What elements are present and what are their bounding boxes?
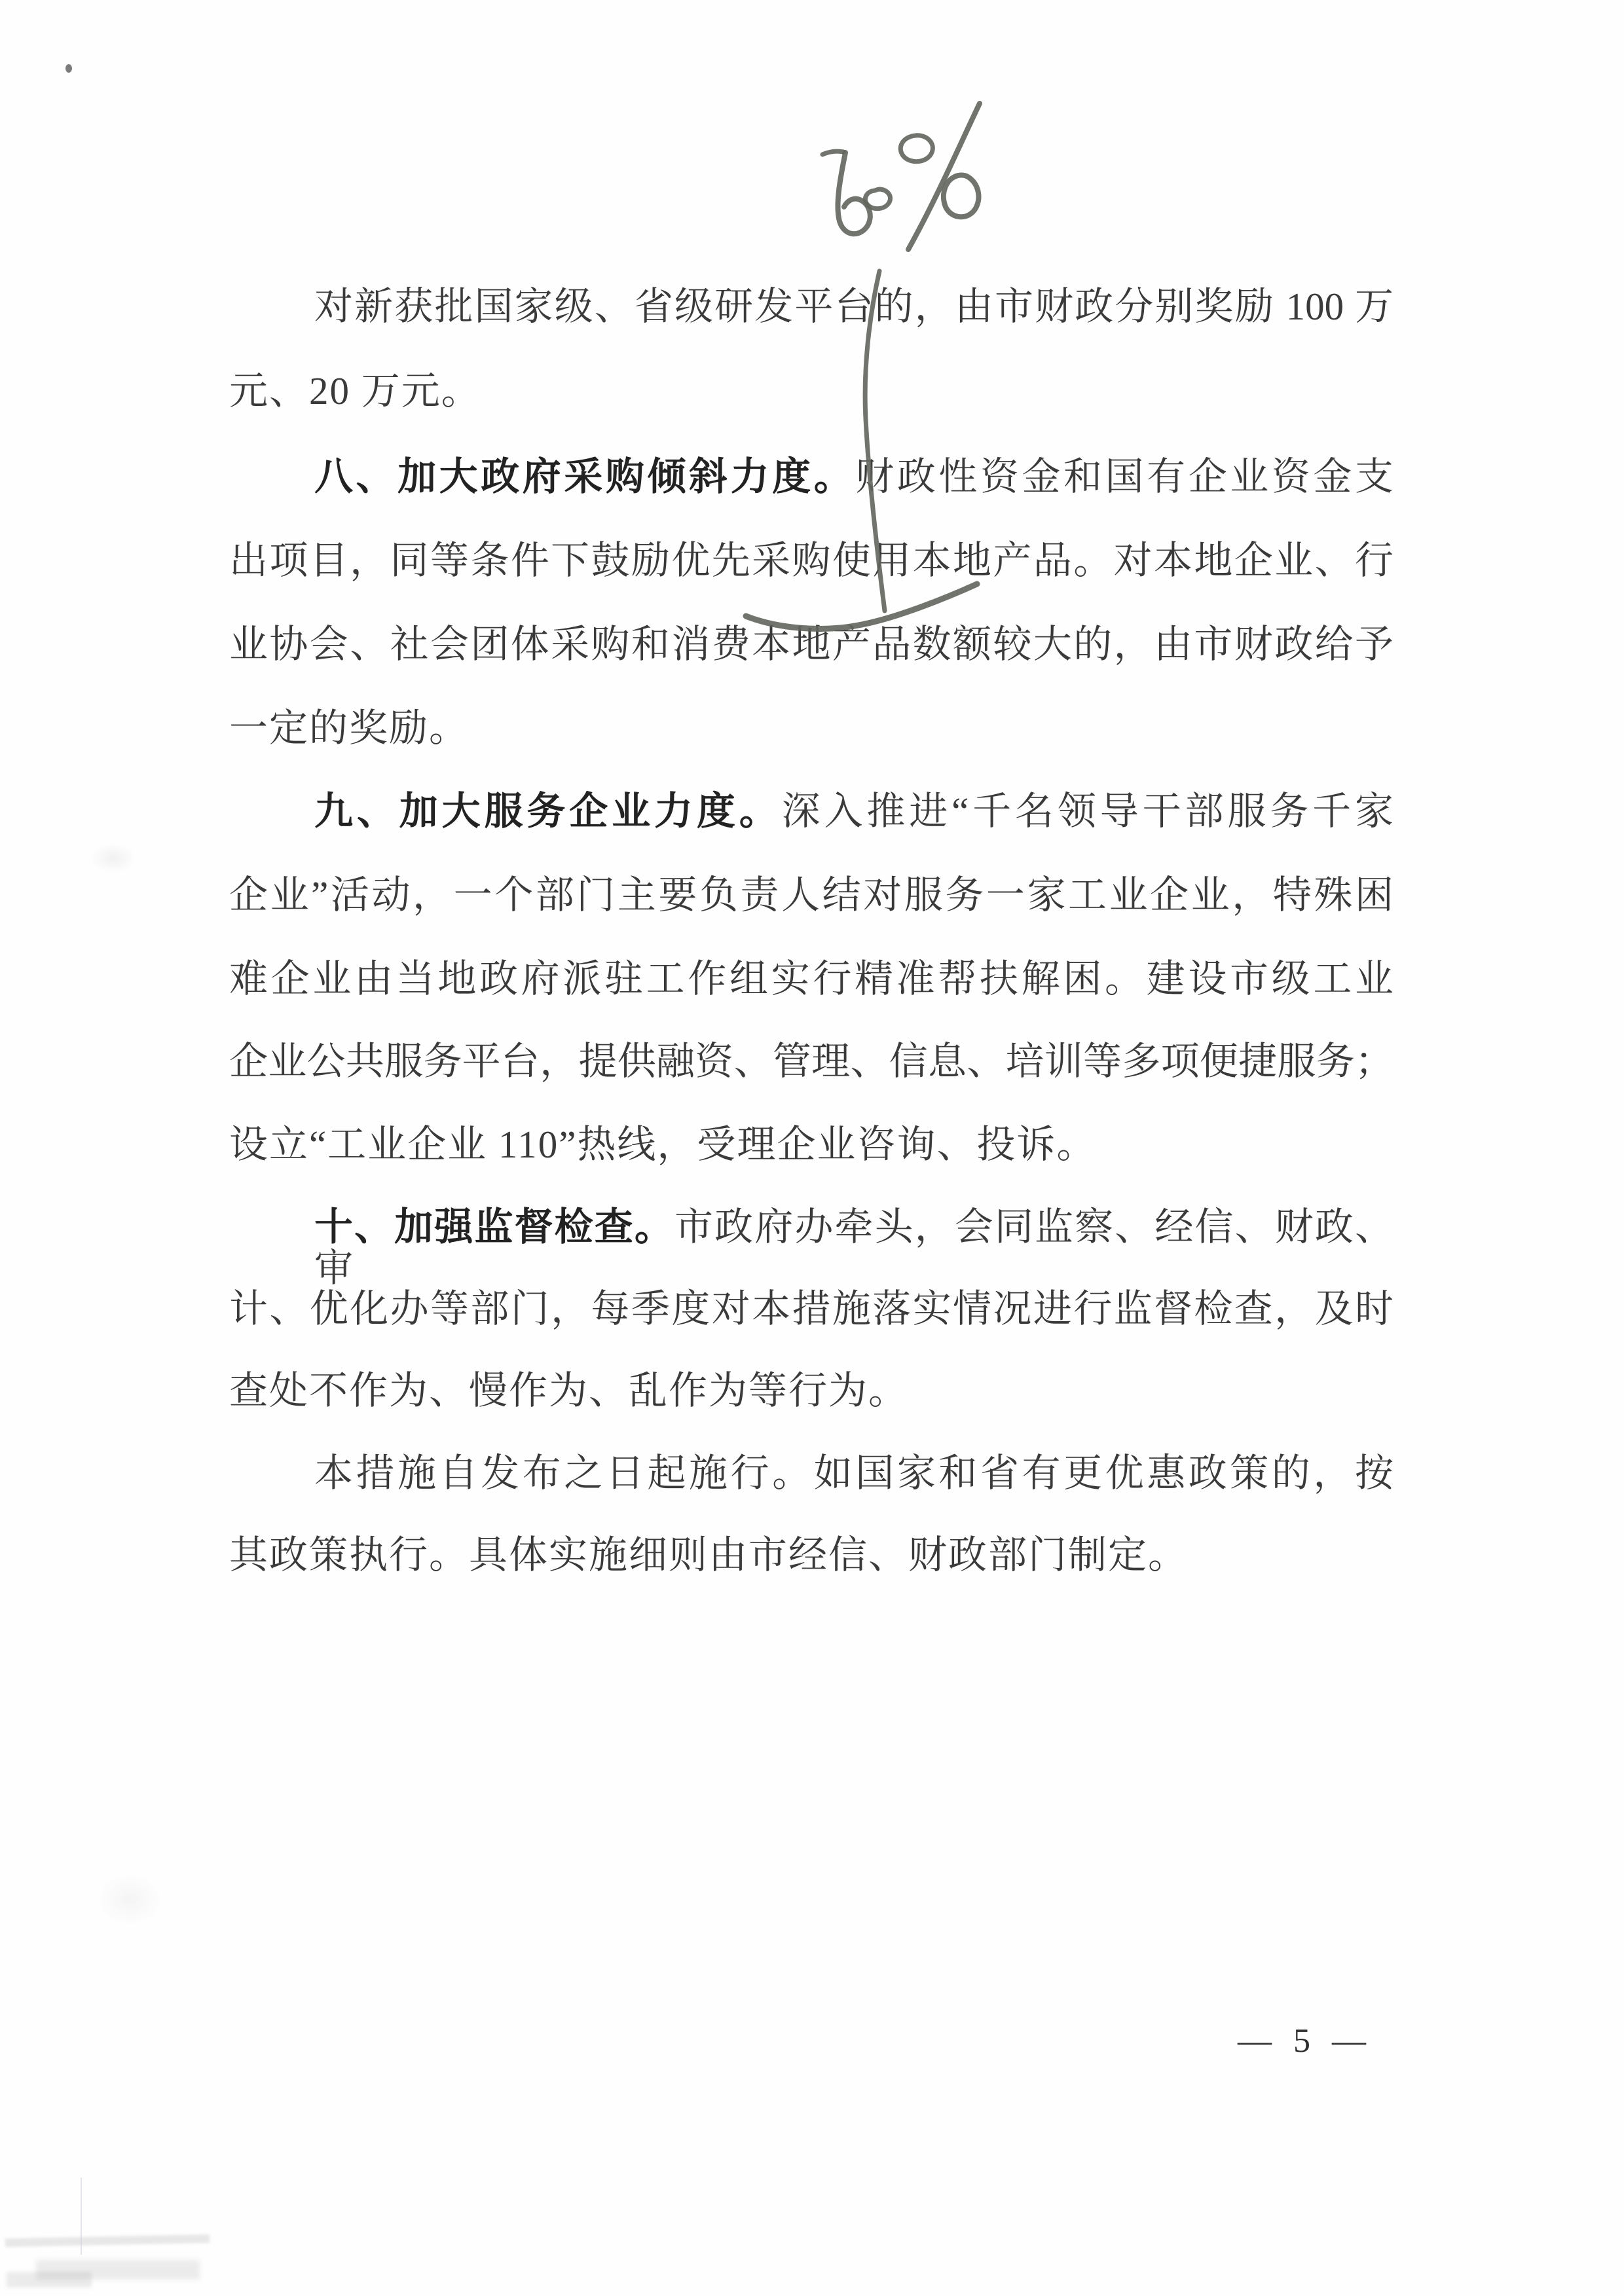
paragraph-line: 其政策执行。具体实施细则由市经信、财政部门制定。 [229, 1535, 1188, 1578]
line-text: 本措施自发布之日起施行。如国家和省有更优惠政策的，按 [314, 1451, 1393, 1495]
paragraph-line: 对新获批国家级、省级研发平台的，由市财政分别奖励 100 万 [314, 286, 1393, 329]
section-10-heading: 十、加强监督检查。 [314, 1205, 674, 1248]
handwritten-60-note [822, 103, 980, 249]
line-text: 一定的奖励。 [229, 706, 469, 750]
paragraph-line: 本措施自发布之日起施行。如国家和省有更优惠政策的，按 [314, 1453, 1393, 1496]
scanned-document-page: 对新获批国家级、省级研发平台的，由市财政分别奖励 100 万 元、20 万元。 … [0, 0, 1624, 2296]
paragraph-line: 难企业由当地政府派驻工作组实行精准帮扶解困。建设市级工业 [229, 958, 1393, 1002]
scan-line-artifact [81, 2178, 82, 2255]
scan-smudge [90, 843, 136, 873]
paragraph-line: 计、优化办等部门，每季度对本措施落实情况进行监督检查，及时 [229, 1288, 1393, 1332]
scan-smudge [5, 2234, 210, 2248]
line-text: 设立“工业企业 110”热线，受理企业咨询、投诉。 [229, 1123, 1096, 1166]
paragraph-line: 元、20 万元。 [229, 371, 481, 414]
paragraph-line: 设立“工业企业 110”热线，受理企业咨询、投诉。 [229, 1124, 1096, 1167]
scan-smudge [97, 1874, 162, 1926]
line-text: 其政策执行。具体实施细则由市经信、财政部门制定。 [229, 1533, 1188, 1576]
scan-smudge [7, 2272, 92, 2287]
line-text: 财政性资金和国有企业资金支 [855, 455, 1393, 498]
page-number: — 5 — [1238, 2022, 1373, 2060]
line-text: 企业”活动，一个部门主要负责人结对服务一家工业企业，特殊困 [229, 873, 1393, 917]
paragraph-line: 十、加强监督检查。市政府办牵头，会同监察、经信、财政、审 [314, 1207, 1393, 1250]
percent-slash [908, 103, 980, 249]
line-text: 元、20 万元。 [229, 369, 481, 412]
paragraph-line: 出项目，同等条件下鼓励优先采购使用本地产品。对本地企业、行 [229, 540, 1393, 583]
scan-smudge [36, 2260, 200, 2280]
line-text: 查处不作为、慢作为、乱作为等行为。 [229, 1369, 908, 1412]
line-text: 业协会、社会团体采购和消费本地产品数额较大的，由市财政给予 [229, 623, 1393, 666]
paragraph-line: 查处不作为、慢作为、乱作为等行为。 [229, 1370, 908, 1413]
line-text: 难企业由当地政府派驻工作组实行精准帮扶解困。建设市级工业 [229, 957, 1393, 1000]
line-text: 对新获批国家级、省级研发平台的，由市财政分别奖励 100 万 [314, 285, 1393, 328]
percent-bottom-circle [944, 175, 979, 217]
line-text: 出项目，同等条件下鼓励优先采购使用本地产品。对本地企业、行 [229, 539, 1393, 582]
paragraph-line: 企业”活动，一个部门主要负责人结对服务一家工业企业，特殊困 [229, 875, 1393, 918]
paragraph-line: 八、加大政府采购倾斜力度。财政性资金和国有企业资金支 [314, 456, 1393, 500]
section-9-heading: 九、加大服务企业力度。 [314, 790, 782, 833]
section-8-heading: 八、加大政府采购倾斜力度。 [314, 455, 855, 498]
line-text: 计、优化办等部门，每季度对本措施落实情况进行监督检查，及时 [229, 1287, 1393, 1330]
paragraph-line: 一定的奖励。 [229, 708, 469, 751]
percent-top-circle [900, 136, 932, 162]
paragraph-line: 业协会、社会团体采购和消费本地产品数额较大的，由市财政给予 [229, 624, 1393, 667]
paragraph-line: 九、加大服务企业力度。深入推进“千名领导干部服务千家 [314, 791, 1393, 834]
paragraph-line: 企业公共服务平台，提供融资、管理、信息、培训等多项便捷服务； [229, 1041, 1393, 1084]
line-text: 企业公共服务平台，提供融资、管理、信息、培训等多项便捷服务； [229, 1040, 1393, 1083]
scan-speck [65, 64, 72, 73]
line-text: 深入推进“千名领导干部服务千家 [782, 790, 1393, 833]
